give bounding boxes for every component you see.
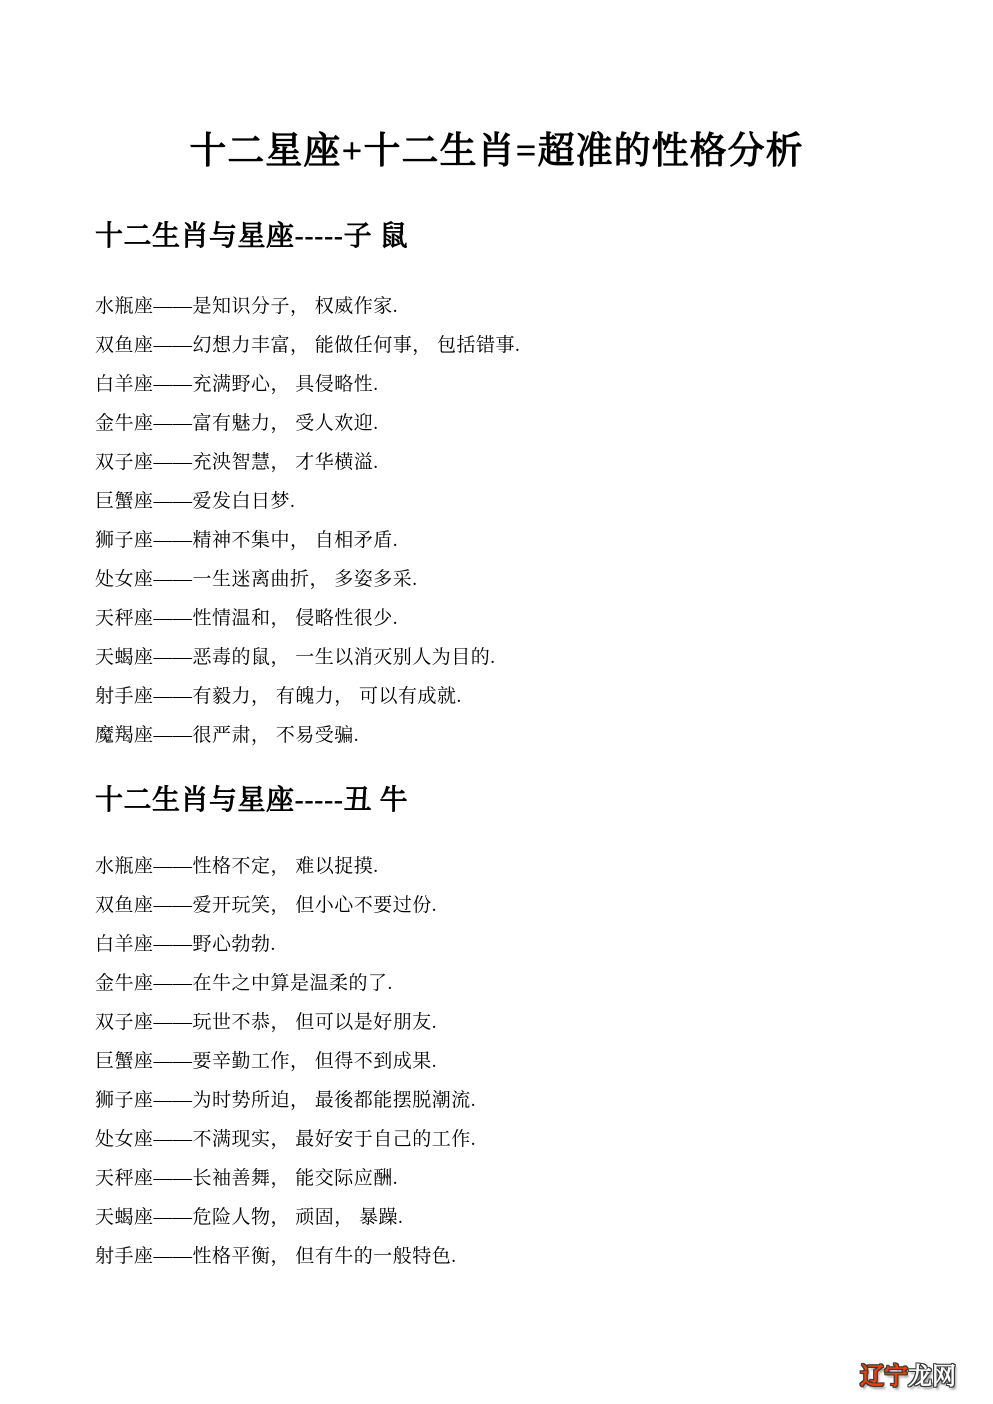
zodiac-line-scorpio-ox: 天蝎座——危险人物， 顽固， 暴躁. (95, 1198, 993, 1237)
zodiac-line-aries-rat: 白羊座——充满野心， 具侵略性. (95, 365, 993, 404)
zodiac-line-aquarius-ox: 水瓶座——性格不定， 难以捉摸. (95, 847, 993, 886)
zodiac-line-gemini-rat: 双子座——充泱智慧， 才华横溢. (95, 443, 993, 482)
zodiac-line-pisces-ox: 双鱼座——爱开玩笑， 但小心不要过份. (95, 886, 993, 925)
zodiac-line-libra-rat: 天秤座——性情温和， 侵略性很少. (95, 599, 993, 638)
zodiac-line-scorpio-rat: 天蝎座——恶毒的鼠， 一生以消灭别人为目的. (95, 638, 993, 677)
zodiac-line-capricorn-rat: 魔羯座——很严肃， 不易受骗. (95, 716, 993, 755)
watermark-text-white: 龙网 (908, 1362, 956, 1390)
site-watermark: 辽宁龙网 (860, 1364, 956, 1388)
section-ox: 十二生肖与星座-----丑 牛 水瓶座——性格不定， 难以捉摸. 双鱼座——爱开… (0, 786, 993, 1276)
zodiac-line-cancer-rat: 巨蟹座——爱发白日梦. (95, 482, 993, 521)
section-heading-ox: 十二生肖与星座-----丑 牛 (95, 786, 993, 817)
zodiac-line-cancer-ox: 巨蟹座——要辛勤工作， 但得不到成果. (95, 1042, 993, 1081)
section-heading-rat: 十二生肖与星座-----子 鼠 (95, 222, 993, 253)
zodiac-line-gemini-ox: 双子座——玩世不恭， 但可以是好朋友. (95, 1003, 993, 1042)
zodiac-line-pisces-rat: 双鱼座——幻想力丰富， 能做任何事， 包括错事. (95, 326, 993, 365)
document-page: 十二星座+十二生肖=超准的性格分析 十二生肖与星座-----子 鼠 水瓶座——是… (0, 0, 993, 1404)
zodiac-line-aquarius-rat: 水瓶座——是知识分子， 权威作家. (95, 287, 993, 326)
zodiac-line-libra-ox: 天秤座——长袖善舞， 能交际应酬. (95, 1159, 993, 1198)
section-rat: 十二生肖与星座-----子 鼠 水瓶座——是知识分子， 权威作家. 双鱼座——幻… (0, 222, 993, 756)
zodiac-line-sagittarius-rat: 射手座——有毅力， 有魄力， 可以有成就. (95, 677, 993, 716)
zodiac-line-sagittarius-ox: 射手座——性格平衡， 但有牛的一般特色. (95, 1237, 993, 1276)
zodiac-line-aries-ox: 白羊座——野心勃勃. (95, 925, 993, 964)
watermark-text-red: 辽宁 (860, 1362, 908, 1390)
zodiac-line-leo-ox: 狮子座——为时势所迫， 最後都能摆脱潮流. (95, 1081, 993, 1120)
zodiac-line-virgo-rat: 处女座——一生迷离曲折， 多姿多采. (95, 560, 993, 599)
document-title: 十二星座+十二生肖=超准的性格分析 (0, 0, 993, 174)
zodiac-line-virgo-ox: 处女座——不满现实， 最好安于自己的工作. (95, 1120, 993, 1159)
zodiac-line-taurus-rat: 金牛座——富有魅力， 受人欢迎. (95, 404, 993, 443)
zodiac-line-taurus-ox: 金牛座——在牛之中算是温柔的了. (95, 964, 993, 1003)
zodiac-line-leo-rat: 狮子座——精神不集中， 自相矛盾. (95, 521, 993, 560)
